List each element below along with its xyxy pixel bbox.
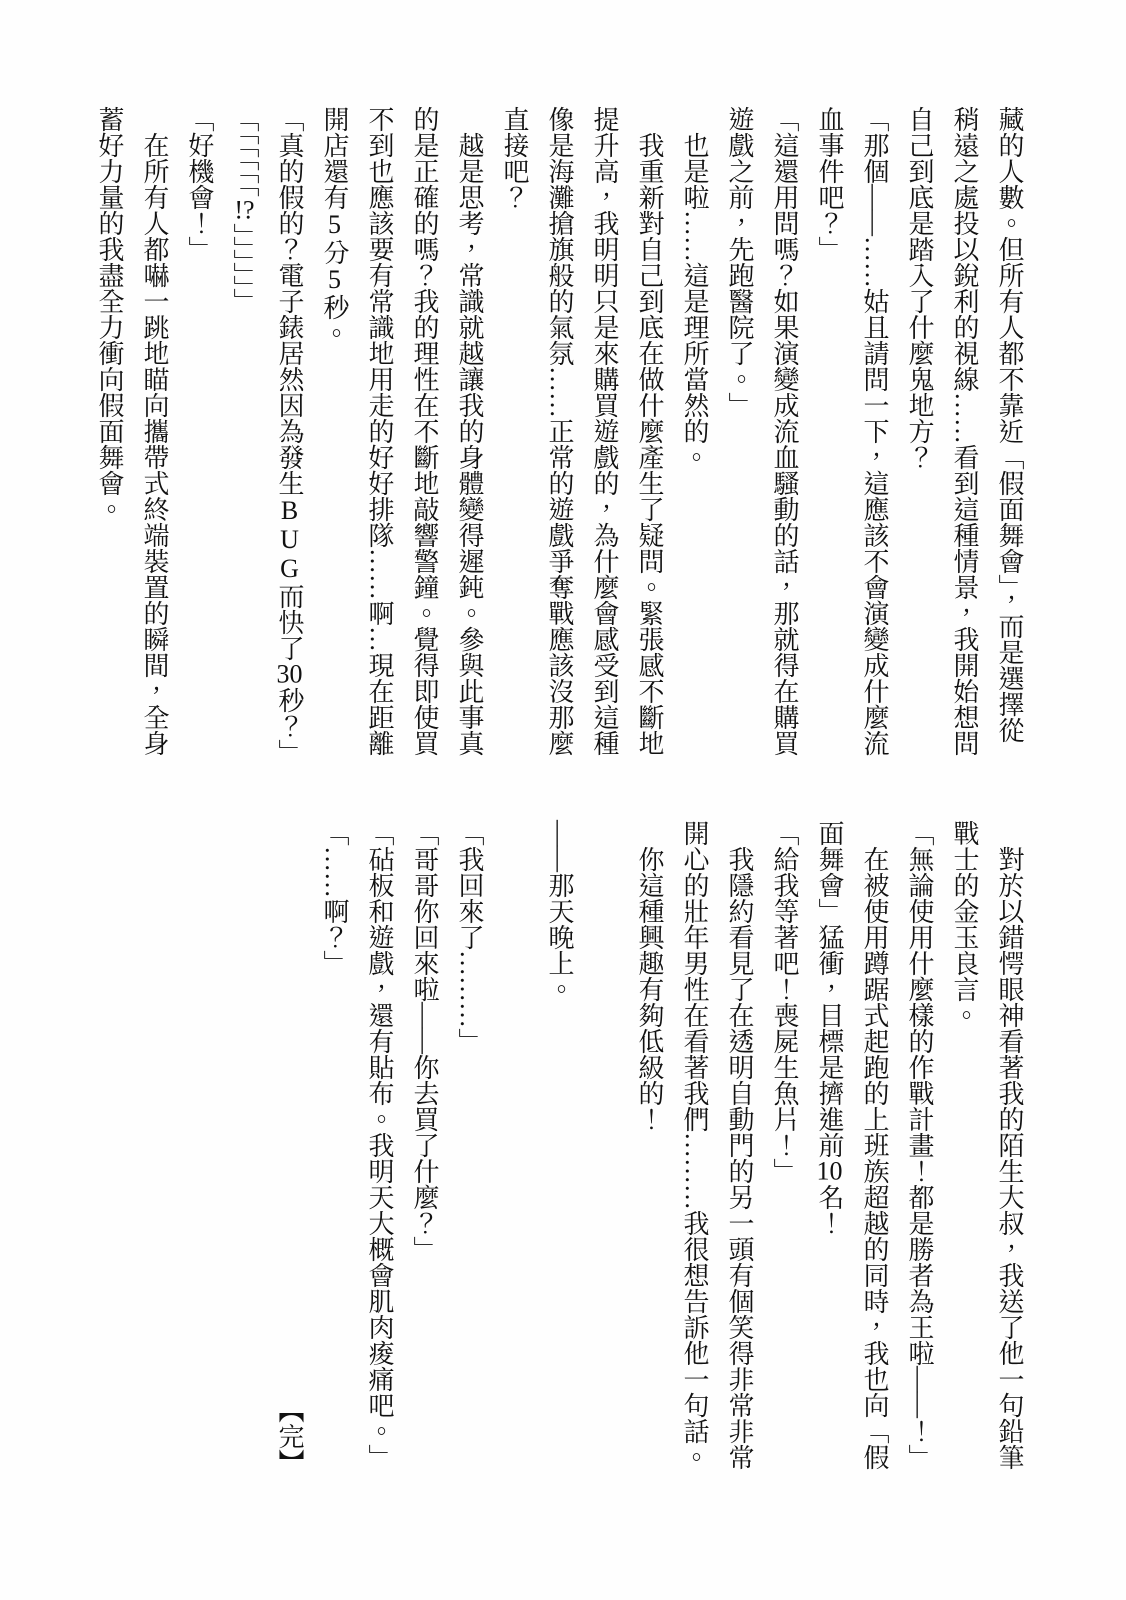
- bottom-text-block: 對於以錯愕眼神看著我的陌生大叔，我送了他一句鉛筆戰士的金玉良言。「無論使用什麼樣…: [267, 820, 1032, 1475]
- text-column: 「好機會！」: [177, 106, 222, 761]
- novel-page: 藏的人數。但所有人都不靠近「假面舞會」，而是選擇從稍遠之處投以銳利的視線……看到…: [0, 0, 1126, 1600]
- text-column: 藏的人數。但所有人都不靠近「假面舞會」，而是選擇從: [987, 106, 1032, 761]
- text-column: 對於以錯愕眼神看著我的陌生大叔，我送了他一句鉛筆: [987, 820, 1032, 1475]
- text-column: 直接吧？: [492, 106, 537, 761]
- horizontal-in-vertical-text: !?: [230, 197, 259, 223]
- text-column: 「我回來了………」: [447, 820, 492, 1475]
- text-column: 我隱約看見了在透明自動門的另一頭有個笑得非常非常: [717, 820, 762, 1475]
- text-column: 你這種興趣有夠低級的！: [627, 820, 672, 1475]
- text-column: 「那個——……姑且請問一下，這應該不會演變成什麼流: [852, 106, 897, 761]
- blank-column: [492, 820, 537, 1475]
- text-column: 提升高，我明明只是來購買遊戲的，為什麼會感受到這種: [582, 106, 627, 761]
- text-column: 面舞會」猛衝，目標是擠進前10名！: [807, 820, 852, 1475]
- horizontal-in-vertical-text: 10: [815, 1158, 844, 1184]
- text-column: 開心的壯年男性在看著我們………我很想告訴他一句話。: [672, 820, 717, 1475]
- top-text-block: 藏的人數。但所有人都不靠近「假面舞會」，而是選擇從稍遠之處投以銳利的視線……看到…: [87, 106, 1032, 761]
- upright-latin-text: 5: [320, 265, 349, 294]
- text-column: 不到也應該要有常識地用走的好好排隊……啊…現在距離: [357, 106, 402, 761]
- text-column: 「哥哥你回來啦——你去買了什麼？」: [402, 820, 447, 1475]
- text-column: 像是海灘搶旗般的氣氛……正常的遊戲爭奪戰應該沒那麼: [537, 106, 582, 761]
- text-column: 越是思考，常識就越讓我的身體變得遲鈍。參與此事真: [447, 106, 492, 761]
- text-column: 自己到底是踏入了什麼鬼地方？: [897, 106, 942, 761]
- text-column: ——那天晚上。: [537, 820, 582, 1475]
- text-column: 在所有人都嚇一跳地瞄向攜帶式終端裝置的瞬間，全身: [132, 106, 177, 761]
- horizontal-in-vertical-text: 30: [275, 661, 304, 687]
- text-column: 「無論使用什麼樣的作戰計畫！都是勝者為王啦——！」: [897, 820, 942, 1475]
- text-column: 我重新對自己到底在做什麼產生了疑問。緊張感不斷地: [627, 106, 672, 761]
- text-column: 的是正確的嗎？我的理性在不斷地敲響警鐘。覺得即使買: [402, 106, 447, 761]
- text-column: 遊戲之前，先跑醫院了。」: [717, 106, 762, 761]
- text-column: 「「「「「「!?」」」」」」: [222, 106, 267, 761]
- text-column: 蓄好力量的我盡全力衝向假面舞會。: [87, 106, 132, 761]
- upright-latin-text: BUG: [275, 496, 304, 583]
- text-column: 戰士的金玉良言。: [942, 820, 987, 1475]
- text-column: 「砧板和遊戲，還有貼布。我明天大概會肌肉痠痛吧。」: [357, 820, 402, 1475]
- text-column: 在被使用蹲踞式起跑的上班族超越的同時，我也向「假: [852, 820, 897, 1475]
- text-column: 血事件吧？」: [807, 106, 852, 761]
- text-column: 「這還用問嗎？如果演變成流血騷動的話，那就得在購買: [762, 106, 807, 761]
- text-column: 也是啦……這是理所當然的。: [672, 106, 717, 761]
- upright-latin-text: 5: [320, 210, 349, 239]
- blank-column: [582, 820, 627, 1475]
- text-column: 「真的假的？電子錶居然因為發生BUG而快了30秒？」: [267, 106, 312, 761]
- text-column: 「給我等著吧！喪屍生魚片！」: [762, 820, 807, 1475]
- text-column: 「……啊？」: [312, 820, 357, 1475]
- text-column: 稍遠之處投以銳利的視線……看到這種情景，我開始想問: [942, 106, 987, 761]
- text-column: 開店還有5分5秒。: [312, 106, 357, 761]
- end-mark: 【完】: [267, 820, 312, 1489]
